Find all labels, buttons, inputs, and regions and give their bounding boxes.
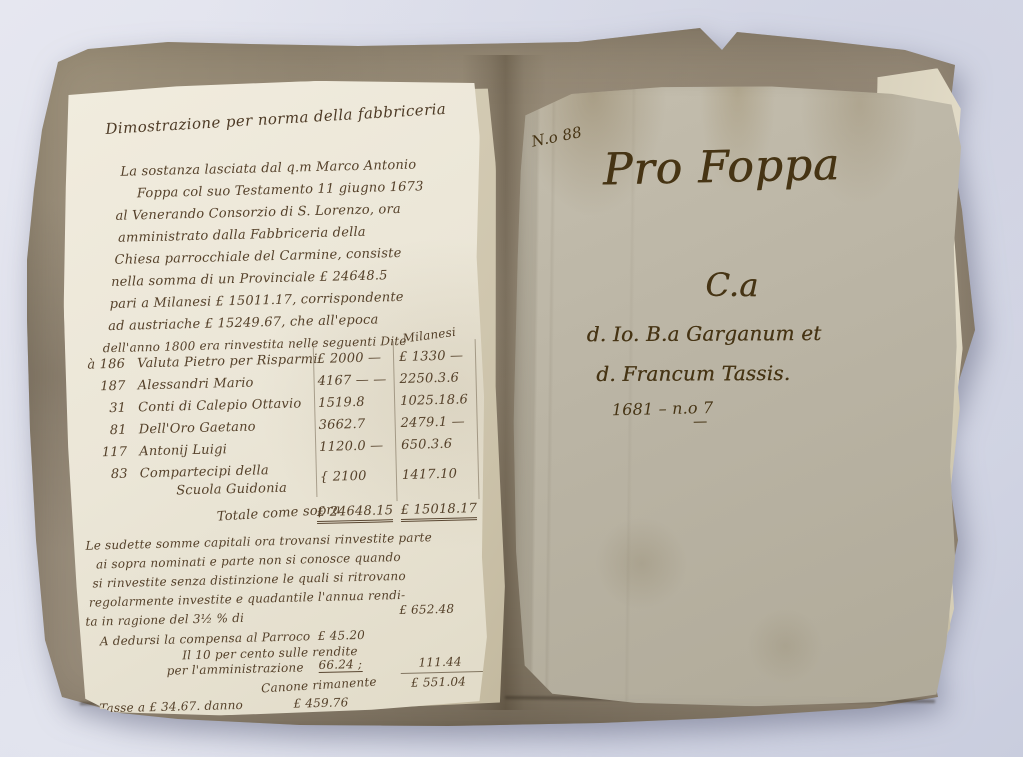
entry-amount-milanesi: 2250.3.6 (399, 371, 459, 387)
date-underline (694, 421, 707, 422)
entry-name: Antonij Luigi (139, 442, 227, 459)
folder-title: Pro Foppa (602, 139, 840, 195)
left-page: Dimostrazione per norma della fabbriceri… (56, 77, 495, 719)
entry-amount-milanesi: 2479.1 — (400, 414, 465, 431)
entry-ref: 187 (73, 379, 125, 395)
entry-ref: 83 (76, 467, 128, 483)
manuscript-photo: Dimostrazione per norma della fabbriceri… (0, 0, 1023, 757)
date-reference: 1681 – n.o 7 (612, 398, 714, 419)
entry-name-line2: Scuola Guidonia (176, 481, 287, 499)
entry-amount-milanesi: 650.3.6 (401, 437, 452, 453)
table-currency-header: Milanesi (402, 325, 457, 346)
party-name: d. Io. B.a Garganum et (587, 321, 822, 346)
deduction-value: 66.24 ; (318, 657, 362, 673)
entry-amount: 4167 — — (317, 372, 386, 389)
total-amount: £ 24648.15 (317, 503, 394, 524)
note-line: si rinvestite senza distinzione le quali… (92, 569, 406, 591)
intro-line: Foppa col suo Testamento 11 giugno 1673 (137, 179, 424, 201)
entry-amount: 1519.8 (318, 395, 365, 411)
folder-number: N.o 88 (530, 123, 584, 151)
sum-rule (401, 671, 489, 674)
page-heading: Dimostrazione per norma della fabbriceri… (105, 100, 447, 138)
entry-amount: £ 2000 — (317, 350, 382, 367)
deduction-label: Canone rimanente (261, 675, 377, 696)
total-amount-milanesi: £ 15018.17 (401, 501, 478, 522)
entry-ref: à 186 (73, 357, 125, 373)
intro-line: Chiesa parrocchiale del Carmine, consist… (114, 246, 401, 268)
entry-name: Conti di Calepio Ottavio (138, 396, 302, 415)
intro-line: pari a Milanesi £ 15011.17, corrisponden… (109, 290, 403, 312)
contra-mark: C.a (705, 266, 759, 305)
intro-line: La sostanza lasciata dal q.m Marco Anton… (120, 158, 416, 180)
intro-line: ad austriache £ 15249.67, che all'epoca (108, 312, 379, 334)
entry-name: Valuta Pietro per Risparmi (137, 352, 318, 371)
entry-amount-milanesi: £ 1330 — (399, 348, 464, 365)
intro-line: nella somma di un Provinciale £ 24648.5 (111, 268, 388, 290)
deduction-value: £ 45.20 (318, 628, 366, 643)
deduction-value: £ 551.04 (411, 674, 466, 689)
entry-name: Compartecipi della (140, 463, 269, 481)
entry-ref: 31 (74, 401, 126, 417)
entry-amount: 1120.0 — (319, 438, 384, 455)
entry-name: Dell'Oro Gaetano (139, 420, 256, 438)
deduction-subtotal: 111.44 (418, 655, 462, 670)
note-line: ai sopra nominati e parte non si conosce… (96, 550, 401, 571)
entry-ref: 81 (75, 423, 127, 439)
intro-line: al Venerando Consorzio di S. Lorenzo, or… (115, 202, 401, 224)
annual-rent-value: £ 652.48 (399, 602, 454, 617)
entry-amount: { 2100 (320, 469, 367, 485)
party-name: d. Francum Tassis. (596, 361, 790, 386)
entry-name: Alessandri Mario (137, 376, 253, 394)
note-line: Le sudette somme capitali ora trovansi r… (85, 530, 432, 552)
entry-amount-milanesi: 1025.18.6 (400, 392, 468, 409)
deduction-value: £ 459.76 (293, 695, 348, 710)
entry-amount: 3662.7 (319, 417, 366, 433)
right-page: N.o 88 Pro Foppa C.a d. Io. B.a Garganum… (504, 81, 964, 710)
note-line: ta in ragione del 3½ % di (85, 611, 244, 629)
deduction-label: per l'amministrazione (166, 660, 303, 677)
entry-amount-milanesi: 1417.10 (402, 467, 458, 483)
intro-line: amministrato dalla Fabbriceria della (118, 225, 366, 246)
note-line: regolarmente investite e quadantile l'an… (89, 588, 406, 610)
entry-ref: 117 (75, 445, 127, 461)
